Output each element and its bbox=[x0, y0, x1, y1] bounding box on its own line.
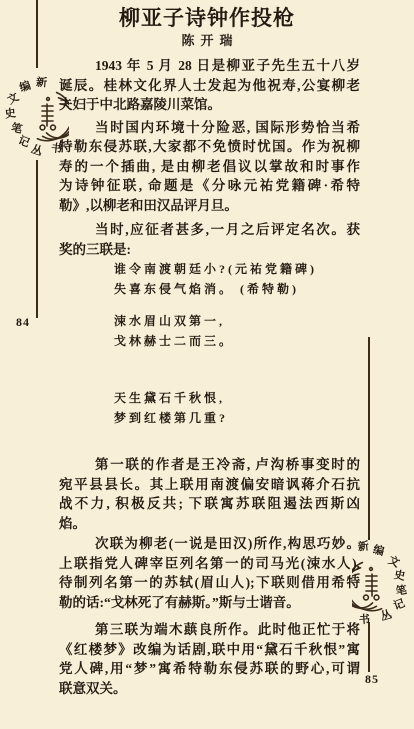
seal-char: 笔 bbox=[395, 585, 407, 597]
article-body: 1943 年 5 月 28 日是柳亚子先生五十八岁诞辰。桂林文化界人士发起为他祝… bbox=[59, 56, 360, 698]
seal-char: 丛 bbox=[380, 610, 394, 624]
seal-char: 记 bbox=[392, 598, 406, 612]
verse-line: 涑水眉山双第一, bbox=[114, 311, 360, 331]
body-text-line: 联意双关。 bbox=[59, 679, 360, 699]
body-text-line: 第三联为端木蕻良所作。此时他正忙于将 bbox=[59, 620, 360, 640]
verse-couplet-1: 谁令南渡朝廷小?(元祐党籍碑)失喜东侵气焰消。 (希特勒) bbox=[59, 259, 360, 299]
body-text-line: 第一联的作者是王冷斋, 卢沟桥事变时的 bbox=[59, 455, 360, 475]
page-number-right: 85 bbox=[365, 672, 379, 687]
seal-char: 新 bbox=[36, 78, 48, 90]
seal-char: 文 bbox=[386, 555, 401, 570]
verse-couplet-2: 涑水眉山双第一,戈林赫士二而三。 bbox=[59, 311, 360, 351]
paragraph-6: 第三联为端木蕻良所作。此时他正忙于将《红楼梦》改编为话剧,联中用“黛石千秋恨”寓… bbox=[59, 620, 360, 698]
paragraph-1: 1943 年 5 月 28 日是柳亚子先生五十八岁诞辰。桂林文化界人士发起为他祝… bbox=[59, 56, 360, 115]
article-author: 陈开瑞 bbox=[0, 32, 414, 49]
body-text-line: 党人碑,用“梦”寓希特勒东侵苏联的野心,可谓 bbox=[59, 659, 360, 679]
body-text-line: 寿的一个插曲, 是由柳老倡议以掌故和时事作 bbox=[59, 157, 360, 177]
body-text-line: 勒的话:“戈林死了有赫斯。”斯与士谐音。 bbox=[59, 593, 360, 613]
right-margin-rule-top bbox=[368, 337, 370, 540]
body-text-line: 当时国内环境十分险恶, 国际形势恰当希 bbox=[59, 118, 360, 138]
body-text-line: 待制列名第一的苏轼(眉山人);下联则借用希特 bbox=[59, 573, 360, 593]
left-margin-rule-top bbox=[36, 0, 38, 68]
body-text-line: 《红楼梦》改编为话剧,联中用“黛石千秋恨”寓 bbox=[59, 640, 360, 660]
body-text-line: 当时,应征者甚多,一月之后评定名次。获 bbox=[59, 220, 360, 240]
body-text-line: 特勒东侵苏联,大家都不免愤时忧国。作为祝柳 bbox=[59, 137, 360, 157]
left-margin-rule-bottom bbox=[36, 160, 38, 318]
body-text-line: 诞辰。桂林文化界人士发起为他祝寿,公宴柳老 bbox=[59, 76, 360, 96]
series-seal-right: 新编文史笔记丛书 bbox=[352, 540, 414, 632]
page-number-left: 84 bbox=[16, 315, 30, 330]
seal-char: 书 bbox=[359, 615, 371, 627]
paragraph-3: 当时,应征者甚多,一月之后评定名次。获奖的三联是: bbox=[59, 220, 360, 259]
body-text-line: 上联指党人碑宰臣列名第一的司马光(涑水人), bbox=[59, 554, 360, 574]
body-text-line: 战不力, 积极反共; 下联寓苏联阻遏法西斯凶 bbox=[59, 494, 360, 514]
verse-line: 戈林赫士二而三。 bbox=[114, 331, 360, 351]
series-title-vertical: 新编文史笔记丛书 bbox=[352, 540, 414, 632]
seal-char: 史 bbox=[393, 570, 406, 583]
body-text-line: 为诗钟征联, 命题是《分咏元祐党籍碑·希特 bbox=[59, 176, 360, 196]
paragraph-2: 当时国内环境十分险恶, 国际形势恰当希特勒东侵苏联,大家都不免愤时忧国。作为祝柳… bbox=[59, 118, 360, 216]
body-text-line: 宛平县县长。其上联用南渡偏安暗讽蒋介石抗 bbox=[59, 475, 360, 495]
body-text-line: 焰。 bbox=[59, 514, 360, 534]
verse-line: 梦到红楼第几重? bbox=[114, 408, 360, 428]
book-page: 新编文史笔记丛书 新编文史笔记丛书 84 85 柳亚子诗钟作投枪 陈开瑞 194… bbox=[0, 0, 414, 729]
body-text-line: 夫妇于中北路嘉陵川菜馆。 bbox=[59, 95, 360, 115]
verse-couplet-3: 天生黛石千秋恨,梦到红楼第几重? bbox=[59, 388, 360, 428]
body-text-line: 次联为柳老(一说是田汉)所作,构思巧妙。 bbox=[59, 534, 360, 554]
body-text-line: 勒》,以柳老和田汉品评月旦。 bbox=[59, 196, 360, 216]
verse-line: 谁令南渡朝廷小?(元祐党籍碑) bbox=[114, 259, 360, 279]
paragraph-4: 第一联的作者是王冷斋, 卢沟桥事变时的宛平县县长。其上联用南渡偏安暗讽蒋介石抗战… bbox=[59, 455, 360, 533]
article-title: 柳亚子诗钟作投枪 bbox=[0, 0, 414, 32]
seal-char: 编 bbox=[372, 545, 385, 558]
verse-line: 天生黛石千秋恨, bbox=[114, 388, 360, 408]
verse-line: 失喜东侵气焰消。 (希特勒) bbox=[114, 279, 360, 299]
seal-char: 记 bbox=[16, 135, 30, 149]
seal-char: 丛 bbox=[30, 145, 44, 159]
seal-char: 文 bbox=[6, 92, 21, 107]
seal-char: 史 bbox=[4, 108, 16, 120]
body-text-line: 1943 年 5 月 28 日是柳亚子先生五十八岁 bbox=[59, 56, 360, 76]
body-text-line: 奖的三联是: bbox=[59, 240, 360, 260]
paragraph-5: 次联为柳老(一说是田汉)所作,构思巧妙。上联指党人碑宰臣列名第一的司马光(涑水人… bbox=[59, 534, 360, 612]
seal-char: 编 bbox=[19, 81, 33, 95]
